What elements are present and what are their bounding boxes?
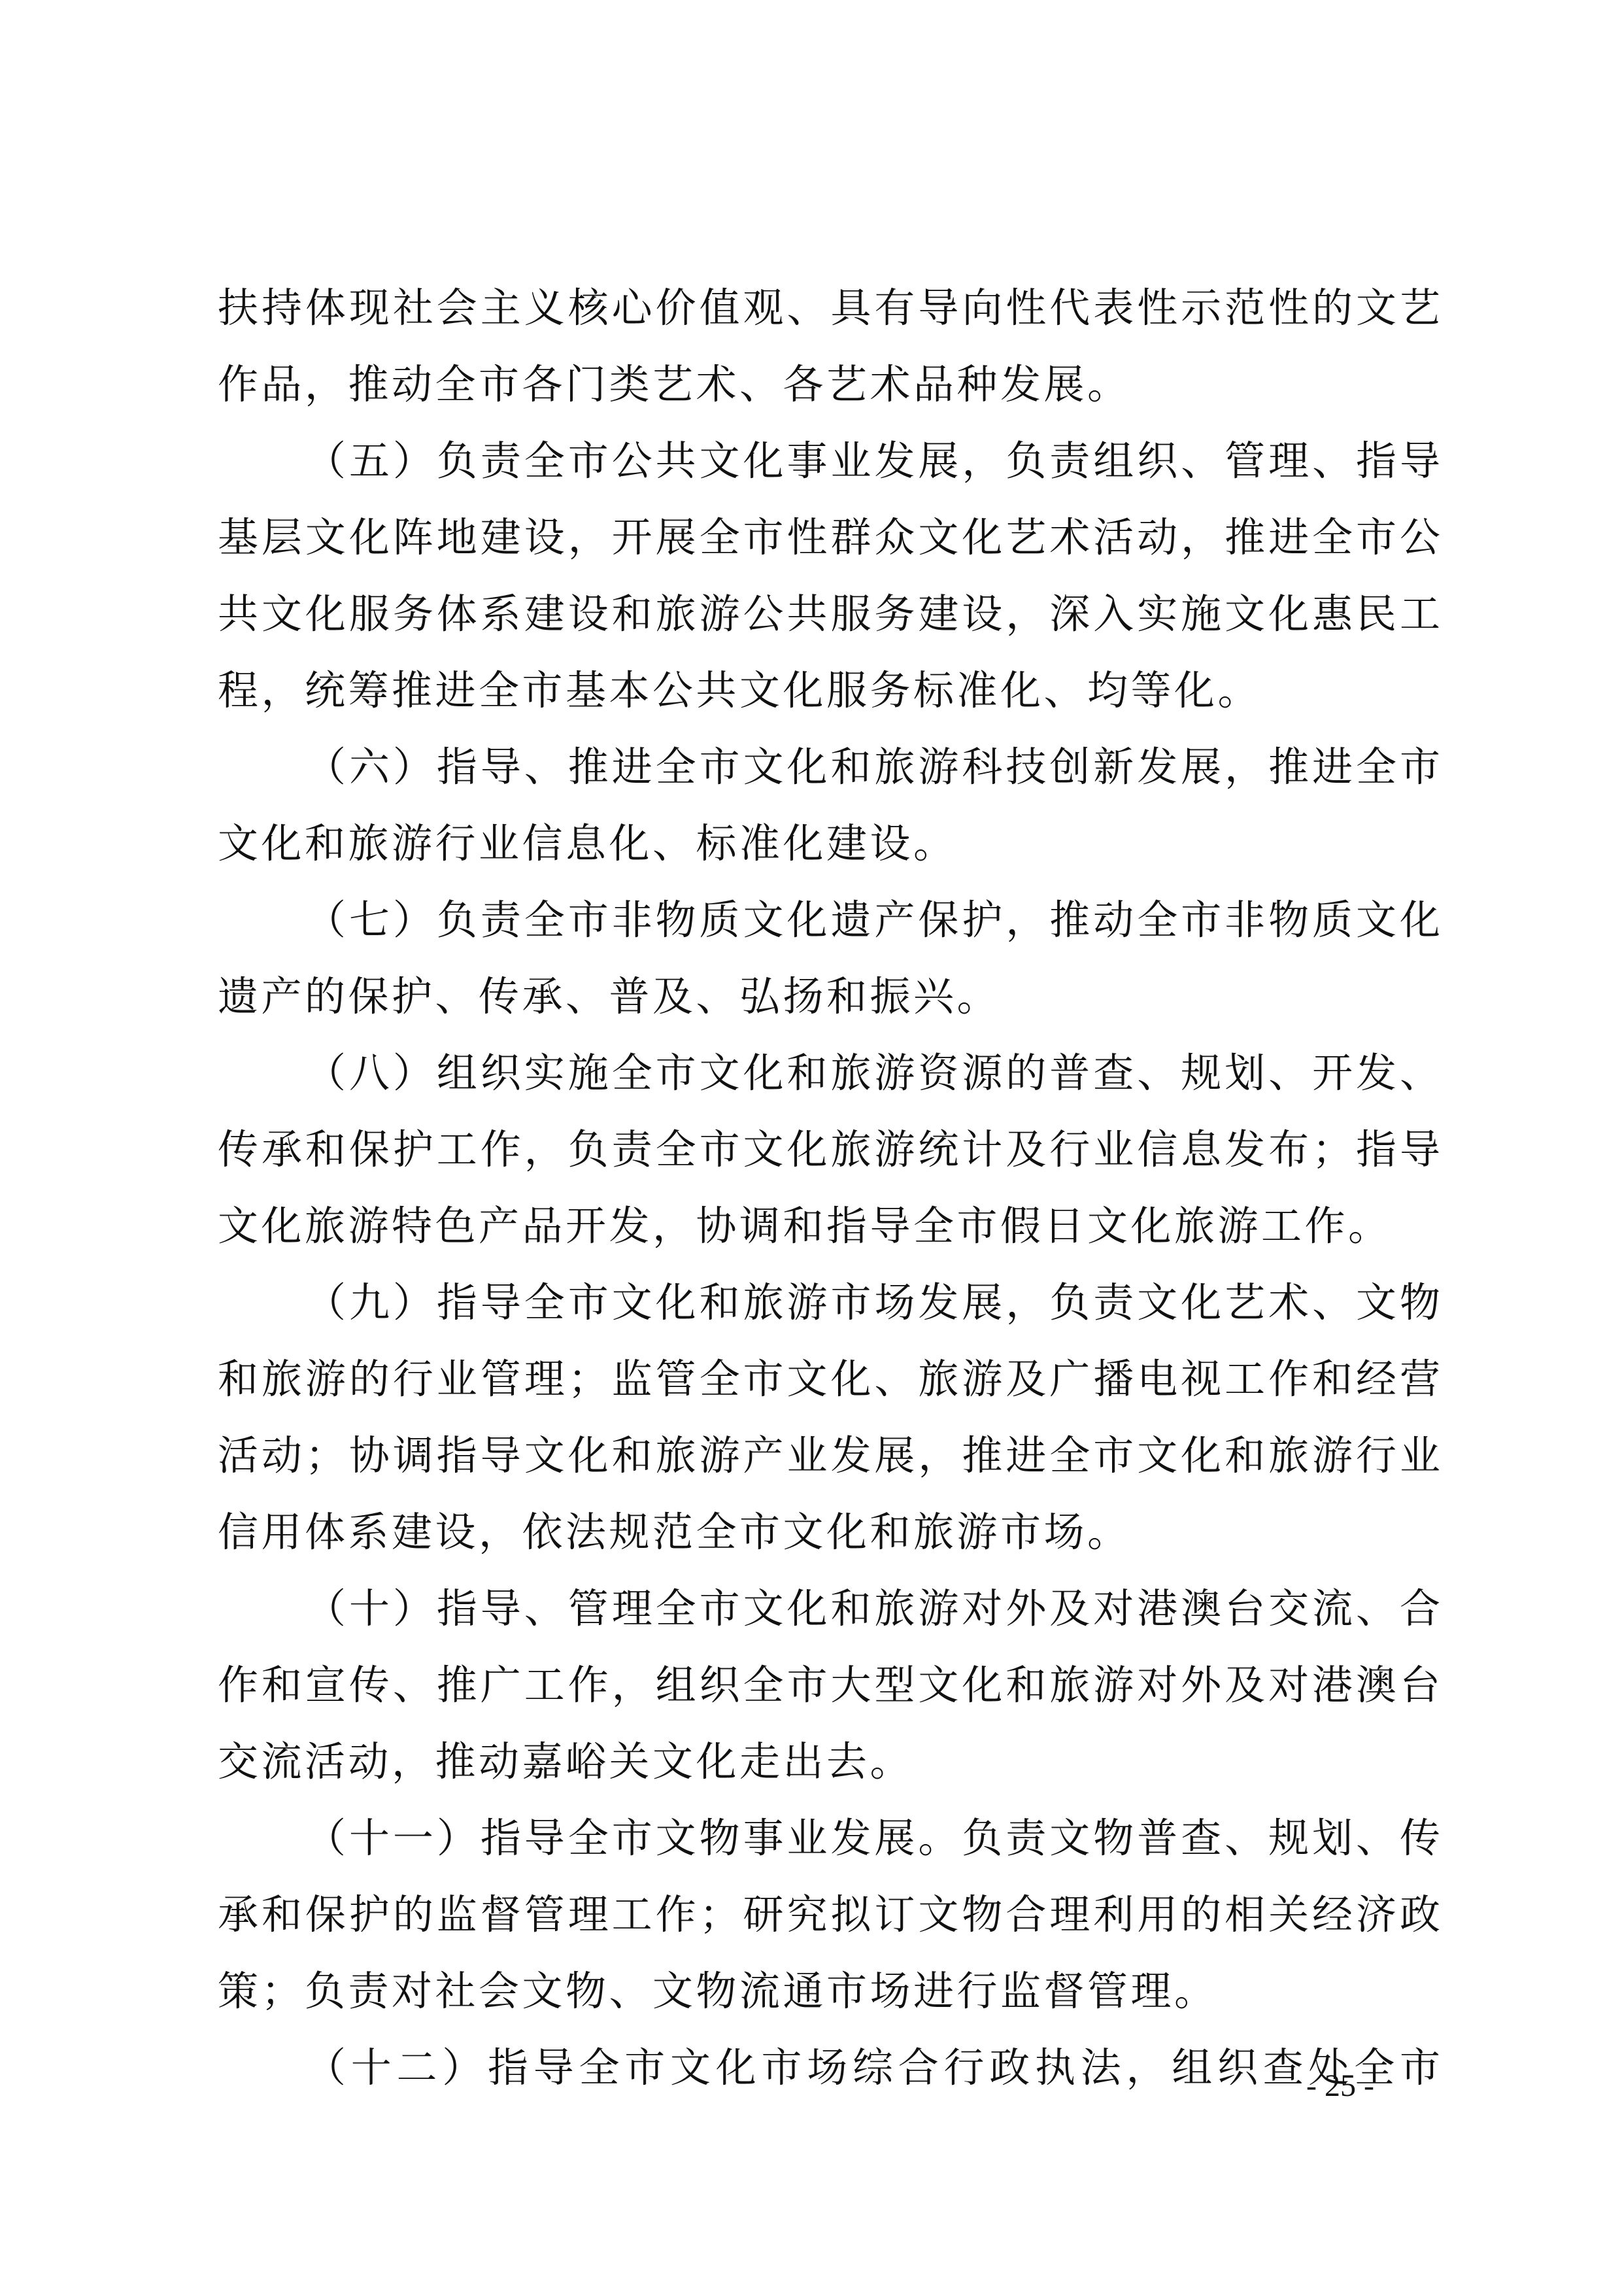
text-line: 扶持体现社会主义核心价值观、具有导向性代表性示范性的文艺 (218, 269, 1440, 346)
text-line: （五）负责全市公共文化事业发展，负责组织、管理、指导 (218, 422, 1440, 499)
text-line: 交流活动，推动嘉峪关文化走出去。 (218, 1723, 1440, 1800)
text-line: 策；负责对社会文物、文物流通市场进行监督管理。 (218, 1953, 1440, 2029)
text-line: 文化旅游特色产品开发，协调和指导全市假日文化旅游工作。 (218, 1188, 1440, 1264)
text-line: 程，统筹推进全市基本公共文化服务标准化、均等化。 (218, 652, 1440, 728)
text-line: （七）负责全市非物质文化遗产保护，推动全市非物质文化 (218, 882, 1440, 958)
text-line: 活动；协调指导文化和旅游产业发展，推进全市文化和旅游行业 (218, 1417, 1440, 1494)
text-line: （六）指导、推进全市文化和旅游科技创新发展，推进全市 (218, 728, 1440, 805)
text-line: 基层文化阵地建设，开展全市性群众文化艺术活动，推进全市公 (218, 499, 1440, 575)
text-line: （十一）指导全市文物事业发展。负责文物普查、规划、传 (218, 1800, 1440, 1876)
text-line: 共文化服务体系建设和旅游公共服务建设，深入实施文化惠民工 (218, 575, 1440, 652)
text-line: 遗产的保护、传承、普及、弘扬和振兴。 (218, 958, 1440, 1035)
text-line: （八）组织实施全市文化和旅游资源的普查、规划、开发、 (218, 1035, 1440, 1111)
document-page: 扶持体现社会主义核心价值观、具有导向性代表性示范性的文艺 作品，推动全市各门类艺… (0, 0, 1622, 2296)
text-line: 作和宣传、推广工作，组织全市大型文化和旅游对外及对港澳台 (218, 1647, 1440, 1723)
text-line: 传承和保护工作，负责全市文化旅游统计及行业信息发布；指导 (218, 1111, 1440, 1188)
text-line: 和旅游的行业管理；监管全市文化、旅游及广播电视工作和经营 (218, 1341, 1440, 1417)
text-line: 承和保护的监督管理工作；研究拟订文物合理利用的相关经济政 (218, 1876, 1440, 1953)
text-line: 作品，推动全市各门类艺术、各艺术品种发展。 (218, 346, 1440, 422)
body-text: 扶持体现社会主义核心价值观、具有导向性代表性示范性的文艺 作品，推动全市各门类艺… (218, 269, 1440, 2106)
text-line: （九）指导全市文化和旅游市场发展，负责文化艺术、文物 (218, 1264, 1440, 1341)
text-line: （十二）指导全市文化市场综合行政执法，组织查处全市 (218, 2029, 1440, 2106)
text-line: （十）指导、管理全市文化和旅游对外及对港澳台交流、合 (218, 1570, 1440, 1647)
text-line: 信用体系建设，依法规范全市文化和旅游市场。 (218, 1494, 1440, 1570)
page-number: - 25 - (1306, 2066, 1374, 2106)
text-line: 文化和旅游行业信息化、标准化建设。 (218, 805, 1440, 882)
